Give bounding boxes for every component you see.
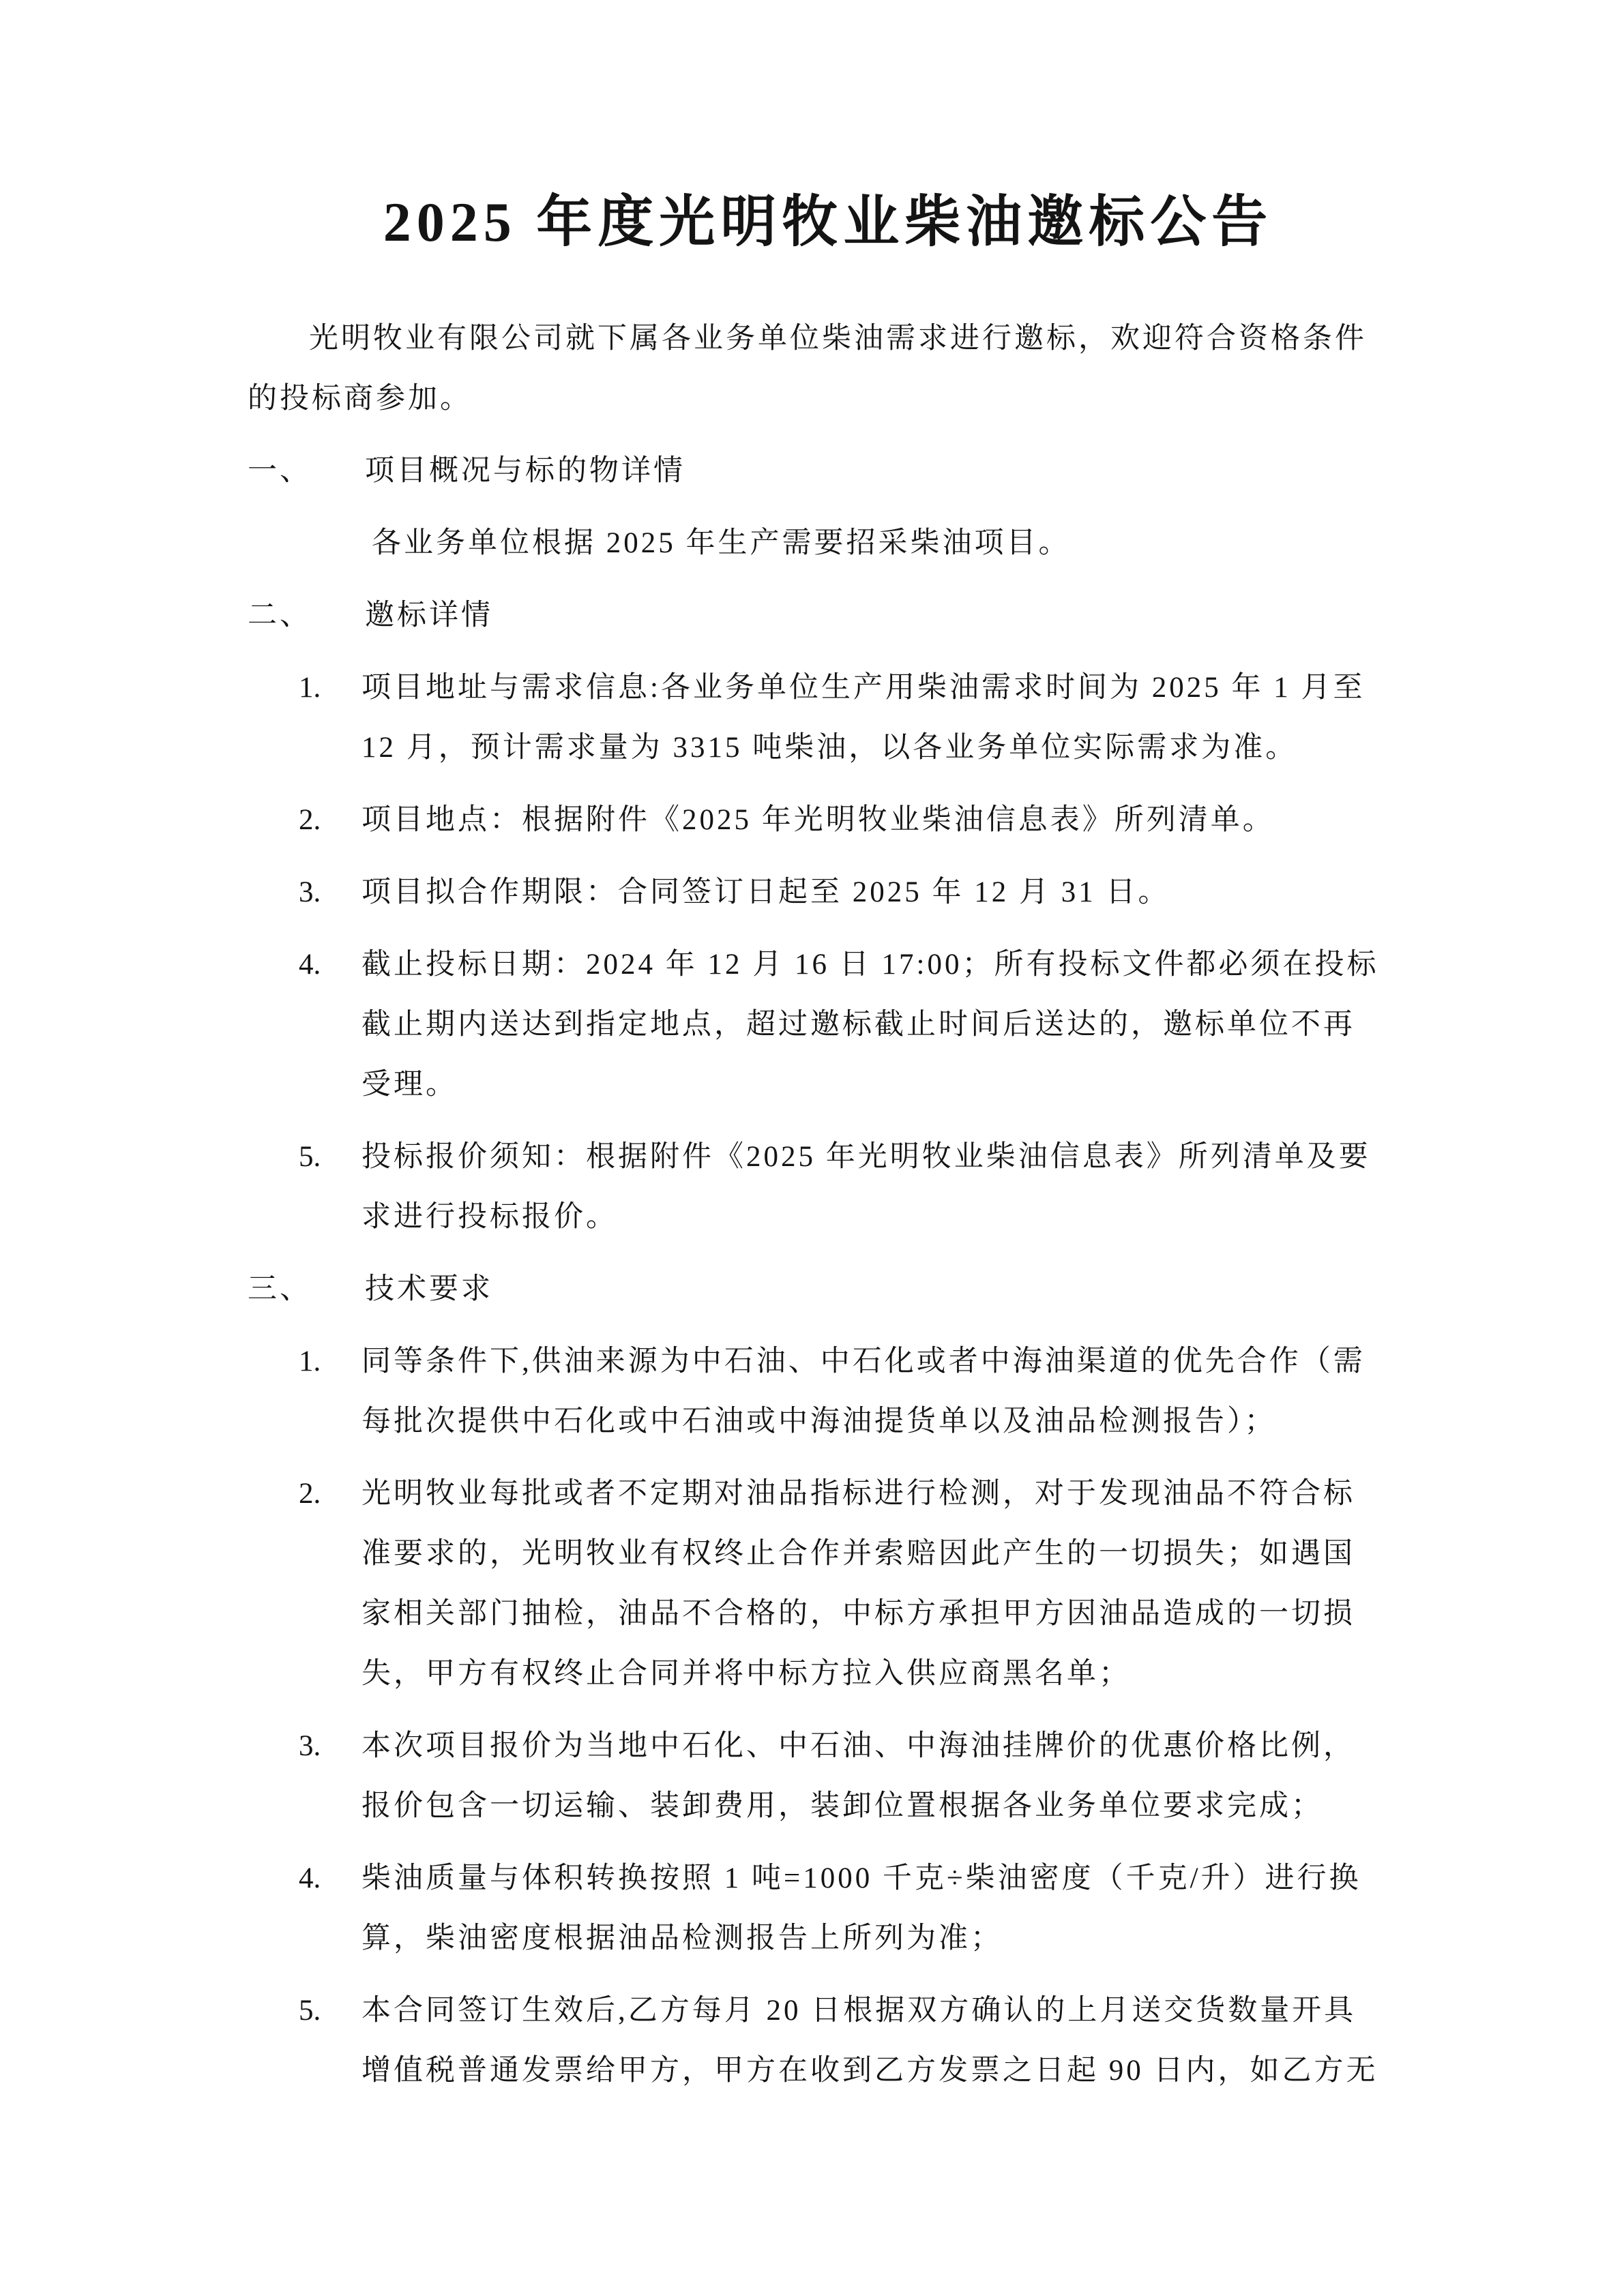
item-text: 光明牧业每批或者不定期对油品指标进行检测，对于发现油品不符合标 准要求的，光明牧… [361, 1464, 1408, 1704]
item-number: 1. [299, 1332, 361, 1452]
document-title: 2025 年度光明牧业柴油邀标公告 [248, 193, 1408, 252]
list-item: 2. 光明牧业每批或者不定期对油品指标进行检测，对于发现油品不符合标 准要求的，… [248, 1464, 1408, 1704]
item-number: 2. [299, 790, 361, 850]
list-item: 3. 本次项目报价为当地中石化、中石油、中海油挂牌价的优惠价格比例， 报价包含一… [248, 1716, 1408, 1836]
item-number: 3. [299, 863, 361, 923]
section-title: 邀标详情 [365, 586, 1408, 646]
intro-paragraph: 光明牧业有限公司就下属各业务单位柴油需求进行邀标，欢迎符合资格条件 的投标商参加… [248, 309, 1408, 429]
item-number: 2. [299, 1464, 361, 1704]
item-text: 投标报价须知：根据附件《2025 年光明牧业柴油信息表》所列清单及要 求进行投标… [361, 1127, 1408, 1247]
section-marker: 一、 [248, 441, 365, 501]
item-text: 项目地点：根据附件《2025 年光明牧业柴油信息表》所列清单。 [361, 790, 1408, 850]
list-item: 3. 项目拟合作期限：合同签订日起至 2025 年 12 月 31 日。 [248, 863, 1408, 923]
section-1-paragraph: 各业务单位根据 2025 年生产需要招采柴油项目。 [372, 513, 1408, 573]
list-item: 4. 截止投标日期：2024 年 12 月 16 日 17:00；所有投标文件都… [248, 935, 1408, 1115]
list-item: 4. 柴油质量与体积转换按照 1 吨=1000 千克÷柴油密度（千克/升）进行换… [248, 1849, 1408, 1969]
item-text: 本合同签订生效后,乙方每月 20 日根据双方确认的上月送交货数量开具 增值税普通… [361, 1981, 1408, 2101]
item-text: 项目地址与需求信息:各业务单位生产用柴油需求时间为 2025 年 1 月至 12… [361, 658, 1408, 778]
item-text: 截止投标日期：2024 年 12 月 16 日 17:00；所有投标文件都必须在… [361, 935, 1408, 1115]
section-heading-2: 二、 邀标详情 [248, 586, 1408, 646]
section-marker: 三、 [248, 1259, 365, 1320]
item-number: 4. [299, 935, 361, 1115]
item-text: 同等条件下,供油来源为中石油、中石化或者中海油渠道的优先合作（需 每批次提供中石… [361, 1332, 1408, 1452]
list-item: 2. 项目地点：根据附件《2025 年光明牧业柴油信息表》所列清单。 [248, 790, 1408, 850]
item-text: 项目拟合作期限：合同签订日起至 2025 年 12 月 31 日。 [361, 863, 1408, 923]
item-number: 5. [299, 1981, 361, 2101]
item-number: 3. [299, 1716, 361, 1836]
section-heading-3: 三、 技术要求 [248, 1259, 1408, 1320]
section-title: 技术要求 [365, 1259, 1408, 1320]
item-text: 本次项目报价为当地中石化、中石油、中海油挂牌价的优惠价格比例， 报价包含一切运输… [361, 1716, 1408, 1836]
item-number: 4. [299, 1849, 361, 1969]
section-marker: 二、 [248, 586, 365, 646]
document-page: 2025 年度光明牧业柴油邀标公告 光明牧业有限公司就下属各业务单位柴油需求进行… [0, 0, 1624, 2296]
list-item: 1. 项目地址与需求信息:各业务单位生产用柴油需求时间为 2025 年 1 月至… [248, 658, 1408, 778]
list-item: 5. 本合同签订生效后,乙方每月 20 日根据双方确认的上月送交货数量开具 增值… [248, 1981, 1408, 2101]
section-heading-1: 一、 项目概况与标的物详情 [248, 441, 1408, 501]
section-title: 项目概况与标的物详情 [365, 441, 1408, 501]
item-text: 柴油质量与体积转换按照 1 吨=1000 千克÷柴油密度（千克/升）进行换 算，… [361, 1849, 1408, 1969]
list-item: 1. 同等条件下,供油来源为中石油、中石化或者中海油渠道的优先合作（需 每批次提… [248, 1332, 1408, 1452]
list-item: 5. 投标报价须知：根据附件《2025 年光明牧业柴油信息表》所列清单及要 求进… [248, 1127, 1408, 1247]
item-number: 5. [299, 1127, 361, 1247]
item-number: 1. [299, 658, 361, 778]
